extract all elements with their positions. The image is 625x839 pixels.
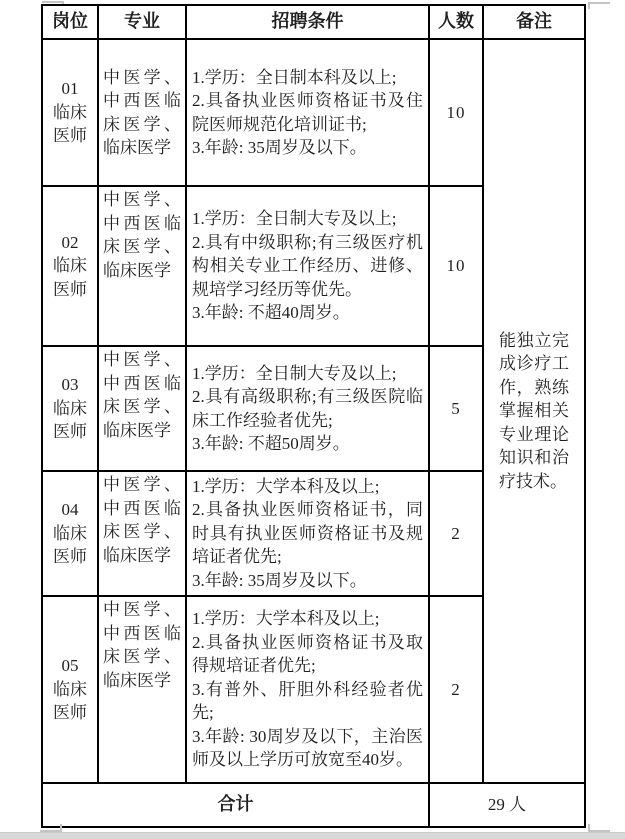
cell-position: 03 临床医师 [42, 346, 98, 471]
cell-major: 中医学、中西医临床医学、临床医学 [98, 39, 186, 186]
header-row: 岗位 专业 招聘条件 人数 备注 [42, 5, 585, 39]
cell-position: 04 临床医师 [42, 471, 98, 596]
col-header-major: 专业 [98, 5, 186, 39]
cell-conditions: 1.学历：大学本科及以上; 2.具备执业医师资格证书，同时具有执业医师资格证书及… [186, 471, 429, 596]
total-row: 合计 29 人 [42, 783, 585, 827]
cell-count: 2 [429, 596, 483, 783]
col-header-conditions: 招聘条件 [186, 5, 429, 39]
table-row: 01 临床医师 中医学、中西医临床医学、临床医学 1.学历：全日制本科及以上; … [42, 39, 585, 186]
page-bottom-margin [0, 832, 625, 839]
cell-position: 01 临床医师 [42, 39, 98, 186]
cell-position: 02 临床医师 [42, 186, 98, 346]
col-header-count: 人数 [429, 5, 483, 39]
recruitment-table: 岗位 专业 招聘条件 人数 备注 01 临床医师 中医学、中西医临床医学、临床医… [41, 4, 586, 828]
cell-conditions: 1.学历：全日制大专及以上; 2.具有中级职称;有三级医疗机构相关专业工作经历、… [186, 186, 429, 346]
cell-conditions: 1.学历：全日制本科及以上; 2.具备执业医师资格证书及住院医师规范化培训证书;… [186, 39, 429, 186]
cell-count: 10 [429, 186, 483, 346]
total-value-cell: 29 人 [429, 783, 585, 827]
total-label-cell: 合计 [42, 783, 429, 827]
cell-major: 中医学、中西医临床医学、临床医学 [98, 471, 186, 596]
document-page: 岗位 专业 招聘条件 人数 备注 01 临床医师 中医学、中西医临床医学、临床医… [0, 0, 625, 839]
cell-major: 中医学、中西医临床医学、临床医学 [98, 346, 186, 471]
cell-count: 10 [429, 39, 483, 186]
cell-position: 05 临床医师 [42, 596, 98, 783]
cell-count: 5 [429, 346, 483, 471]
col-header-remark: 备注 [483, 5, 585, 39]
cell-count: 2 [429, 471, 483, 596]
cell-remark: 能独立完成诊疗工作，熟练掌握相关专业理论知识和治疗技术。 [483, 39, 585, 783]
col-header-position: 岗位 [42, 5, 98, 39]
cell-major: 中医学、中西医临床医学、临床医学 [98, 596, 186, 783]
cell-conditions: 1.学历：全日制大专及以上; 2.具有高级职称;有三级医院临床工作经验者优先; … [186, 346, 429, 471]
cell-major: 中医学、中西医临床医学、临床医学 [98, 186, 186, 346]
cell-conditions: 1.学历：大学本科及以上; 2.具备执业医师资格证书及取得规培证者优先; 3.有… [186, 596, 429, 783]
